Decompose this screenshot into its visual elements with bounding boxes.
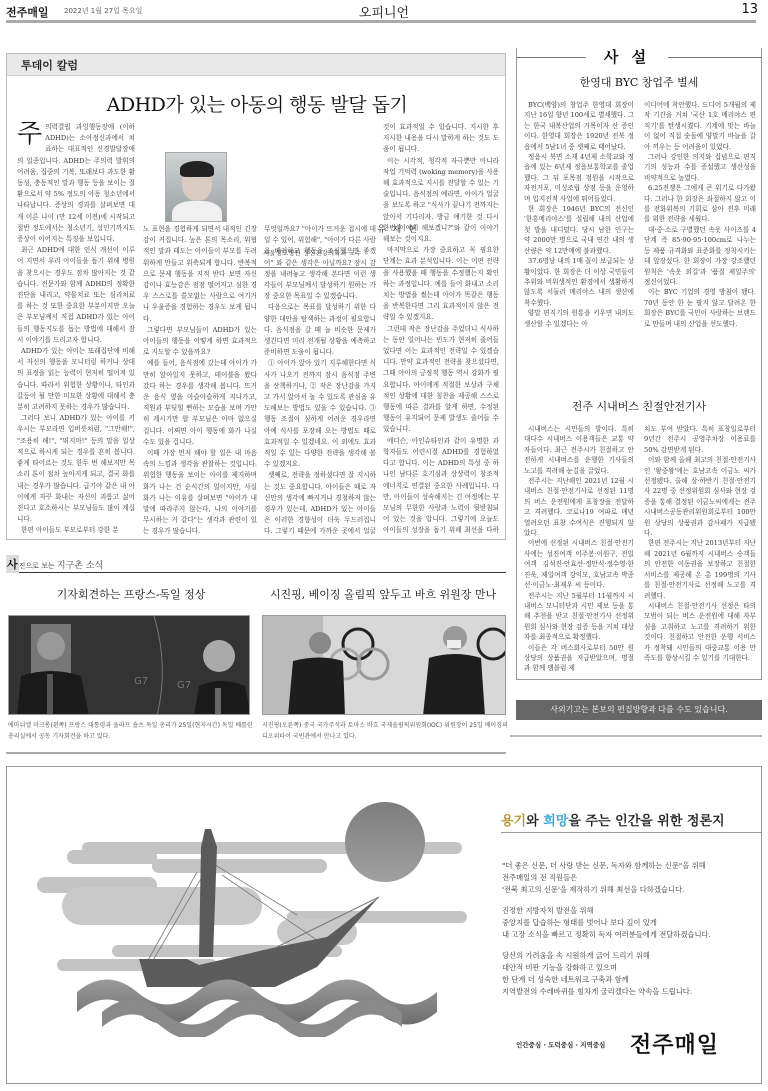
editorial-2-column-2: 치도 부여 받았다. 특히 표창일로부터 9년간 전주시 공영주차장 이용료를 … [644, 424, 756, 674]
promo-slogan: 인간중심 · 도덕중심 · 지역중심 [516, 1040, 605, 1049]
paragraph: 그런데 작은 장난감을 주었더니 식사하는 동안 일어나는 빈도가 현저히 줄어… [383, 324, 499, 436]
editorial-2-column-1: 시내버스는 시민들의 발이다. 특히 대다수 시내버스 이용객들은 교통 약자들… [524, 424, 634, 674]
masthead: 전주매일 2022년 1월 27일 목요일 오피니언 13 [6, 0, 762, 22]
promo-line: 지역발전의 수레바퀴를 힘차게 굴리겠다는 약속을 드립니다. [502, 986, 692, 998]
paragraph: 이디어에 착안했다. 드디어 5개월의 제작 기간을 거쳐 '국산 1호 메리야… [644, 100, 756, 152]
masthead-rule [6, 20, 756, 23]
photo-news-header: 사진으로 보는 지구촌 소식 [6, 553, 506, 573]
promo-line: 내 고장 소식을 빠르고 정확히 독자 여러분들에게 전달하겠습니다. [502, 929, 711, 941]
paragraph: ADHD가 있는 아이는 또래집단에 비해서 자신의 행동을 모니터링 하거나 … [17, 346, 135, 413]
paragraph: 그러나 강인한 의지와 집념으로 편직기의 성능과 수를 증설했고 생산성을 비… [644, 152, 756, 183]
promo-line: 전주매일의 전 직원들은 [502, 872, 706, 884]
paragraph: 이와 함께 올해 최고의 친절·안전기사인 '왕중왕'에는 호남고속 이금노 씨… [644, 455, 756, 538]
paragraph: 치도 부여 받았다. 특히 표창일로부터 9년간 전주시 공영주차장 이용료를 … [644, 424, 756, 455]
ship-illustration [27, 797, 477, 1037]
promo-title-part: 을 주는 인간을 위한 정론지 [568, 814, 724, 829]
paragraph: 37.6명당 내의 1매 꼴이 보급되는 상황이었다. 한 회장은 더 이상 국… [524, 256, 634, 308]
editorial-rule-right [668, 57, 762, 58]
editorial-rule-left [516, 57, 586, 58]
svg-text:G7: G7 [134, 676, 148, 687]
paragraph: 무엇일까요? "아이가 뜨거운 접시에 데일 수 있어, 위험해", "아이가 … [264, 224, 376, 302]
promo-paragraph-1: "더 좋은 신문, 더 사랑 받는 신문, 독자와 함께하는 신문"을 위해 전… [502, 860, 706, 896]
promo-title-highlight-courage: 용기 [501, 814, 526, 829]
paragraph: 마지막으로 가장 중요하고 꼭 필요한 단계는 효과 분석입니다. 이는 어떤 … [383, 245, 499, 323]
paragraph: 전주시는 지난 5월부터 11월까지 시내버스 모니터단과 시민 제보 등을 통… [524, 591, 634, 643]
photo-title-2: 시진핑, 베이징 올림픽 앞두고 바흐 위원장 만나 [258, 586, 508, 602]
paragraph: 시내버스는 시민들의 발이다. 특히 대다수 시내버스 이용객들은 교통 약자들… [524, 424, 634, 476]
paragraph: 대·중·소로 구별했던 속옷 사이즈를 4단계 즉 85·90·95·100cm… [644, 225, 756, 287]
paragraph: 에디슨, 아인슈타인과 같이 유명한 과학자들도 어린시절 ADHD를 경험하였… [383, 436, 499, 537]
promo-paragraph-3: 당신의 가려움을 속 시원하게 긁어 드리기 위해 대안적 비판 기능을 강화하… [502, 950, 692, 998]
promo-line: 당신의 가려움을 속 시원하게 긁어 드리기 위해 [502, 950, 692, 962]
dropcap: 주 [17, 122, 42, 146]
paragraph: 양말 편직기의 원통을 키우면 내의도 생산할 수 있겠다는 아 [524, 308, 634, 329]
promo-title-part: 와 [526, 814, 543, 829]
promo-brand-logo: 전주매일 [630, 1028, 719, 1059]
photo-macron-scholz: G7 G7 [8, 615, 250, 715]
paragraph: 이때 가장 먼저 해야 할 일은 내 마음속의 느낌과 생각을 관찰하는 것입니… [143, 448, 257, 536]
paragraph: 것이 효과적일 수 있습니다. 지시한 후 지시한 내용을 다시 말하게 하는 … [383, 122, 499, 156]
photo-caption-2: 시진핑(오른쪽) 중국 국가주석과 토마스 바흐 국제올림픽위원회(IOC) 위… [262, 720, 508, 742]
today-column-label: 투데이 칼럼 [7, 54, 505, 76]
photo-title-1: 기자회견하는 프랑스-독일 정상 [6, 586, 256, 602]
divider [510, 735, 762, 737]
paragraph: 정읍시 북면 소재 4년제 소학교와 정읍에 있는 6년제 정읍보통학교를 졸업… [524, 152, 634, 204]
paragraph: 그러다 보니 ADHD가 있는 아이를 키우시는 부모라면 입버릇처럼, "그만… [17, 413, 135, 525]
promo-line: "더 좋은 신문, 더 사랑 받는 신문, 독자와 함께하는 신문"을 위해 [502, 860, 706, 872]
paragraph: 이는 BYC 기업의 경영 방침이 됐다. 70년 동안 한 눈 팔지 않고 달… [644, 287, 756, 329]
promo-line: 진정한 지방자치 발전을 위해 [502, 905, 711, 917]
svg-text:G7: G7 [177, 680, 191, 691]
editorial-1-column-2: 이디어에 착안했다. 드디어 5개월의 제작 기간을 거쳐 '국산 1호 메리야… [644, 100, 756, 378]
promo-title-highlight-hope: 희망 [543, 814, 568, 829]
paragraph: 그렇다면 부모님들이 ADHD가 있는 아이들의 행동을 어떻게 하면 효과적으… [143, 325, 257, 359]
today-column: 투데이 칼럼 ADHD가 있는 아동의 행동 발달 돕기 유 재 현 서울성모병… [6, 53, 506, 540]
promo-title: 용기와 희망을 주는 인간을 위한 정론지 [501, 810, 725, 829]
photo-news-label-part: 지구촌 소식 [57, 561, 103, 571]
paragraph: 셋째로, 전략을 정하셨다면 잘 지시하는 것도 중요합니다. 아이들은 때로 … [264, 470, 376, 536]
editorial-label: 사 설 [590, 46, 664, 67]
paragraph: 전주시는 지난해인 2021년 12월 시내버스 친절·안전기사로 선정된 11… [524, 476, 634, 538]
paragraph: 이는 시각적, 청각적 자극뿐만 아니라 작업 기억력 (woking memo… [383, 156, 499, 246]
photo-news-label-initial: 사 [6, 555, 19, 573]
article-column-2: 노 표현을 경험하게 되면서 내적인 긴장감이 커집니다. 높은 톤의 목소리,… [143, 224, 257, 536]
photo-caption-1: 에마뉘엘 마크롱(왼쪽) 프랑스 대통령과 올라프 숄츠 독일 총리가 25일(… [8, 720, 256, 742]
article-column-1: 주 의력결핍 과잉행동장애 (이하 ADHD)는 소아정신과에서 치료하는 대표… [17, 122, 135, 537]
paragraph: 6.25전쟁은 그에게 큰 위기로 다가왔다. 그러나 한 회장은 좌절하지 않… [644, 183, 756, 225]
section-title: 오피니언 [6, 2, 762, 21]
paragraph: 한편 전주시는 지난 2013년부터 지난해 2021년 6월까지 시내버스 승… [644, 538, 756, 600]
paragraph: 이번에 선정된 시내버스 친절·안전기사에는 성진여객 이주봉·이원구, 전일여… [524, 538, 634, 590]
paragraph: 시내버스 친절·안전기사 선정은 타의 모범이 되는 버스 운전원에 대해 자부… [644, 601, 756, 663]
paragraph: 한 회장은 1946년 BYC의 전신인 '한흥메리야스'를 설립해 내의 산업… [524, 204, 634, 256]
article-title: ADHD가 있는 아동의 행동 발달 돕기 [7, 90, 507, 117]
photo-xi-bach [262, 615, 506, 715]
divider [6, 752, 506, 754]
paragraph: 예를 들어, 음식점에 갔는데 아이가 가만히 앉아있지 못하고, 테이블을 왔… [143, 358, 257, 448]
promo-paragraph-2: 진정한 지방자치 발전을 위해 중앙지를 답습하는 형태를 벗어나 보다 깊이 … [502, 905, 711, 941]
paragraph: 한편 아이들도 부모로부터 강한 분 [17, 525, 135, 536]
article-column-4: 것이 효과적일 수 있습니다. 지시한 후 지시한 내용을 다시 말하게 하는 … [383, 122, 499, 537]
promo-divider [501, 832, 761, 833]
paragraph: ① 아이가 앉아 있기 지루해한다면 식사가 나오기 전까지 잠시 음식점 주변… [264, 358, 376, 470]
paragraph: 이들은 각 버스회사로부터 50만 원 상당의 상품권을 지급받았으며, 명절과… [524, 643, 634, 674]
paragraph: 다음으로는 목표를 달성하기 위한 다양한 대안을 탐색하는 과정이 필요합니다… [264, 302, 376, 358]
disclaimer-banner: 사외기고는 본보의 편집방향과 다를 수도 있습니다. [516, 700, 762, 720]
promo-line: 중앙지를 답습하는 형태를 벗어나 보다 깊이 있게 [502, 917, 711, 929]
paragraph: 노 표현을 경험하게 되면서 내적인 긴장감이 커집니다. 높은 톤의 목소리,… [143, 224, 257, 325]
editorial-1-column-1: BYC(백양)의 창업주 한영대 회장이 지난 16일 향년 100세로 별세했… [524, 100, 634, 378]
article-column-3: 무엇일까요? "아이가 뜨거운 접시에 데일 수 있어, 위험해", "아이가 … [264, 224, 376, 536]
promo-line: 한 단계 더 성숙한 네트워크 구축과 함께 [502, 974, 692, 986]
editorial-title-1: 한영대 BYC 창업주 별세 [516, 74, 762, 90]
page-number: 13 [741, 2, 758, 17]
paragraph: BYC(백양)의 창업주 한영대 회장이 지난 16일 향년 100세로 별세했… [524, 100, 634, 152]
photo-news-label-part: 진으로 보는 [19, 562, 57, 570]
paragraph: 최근 ADHD에 대한 인식 개선이 이루어 지면서 우리 아이들을 돕기 위해… [17, 245, 135, 346]
promo-line: '전북 최고의 신문'을 제작하기 위해 최선을 다하겠습니다. [502, 884, 706, 896]
author-photo [165, 152, 227, 222]
promo-line: 대안적 비판 기능을 강화하고 있으며 [502, 962, 692, 974]
editorial-title-2: 전주 시내버스 친절안전기사 [516, 398, 762, 414]
